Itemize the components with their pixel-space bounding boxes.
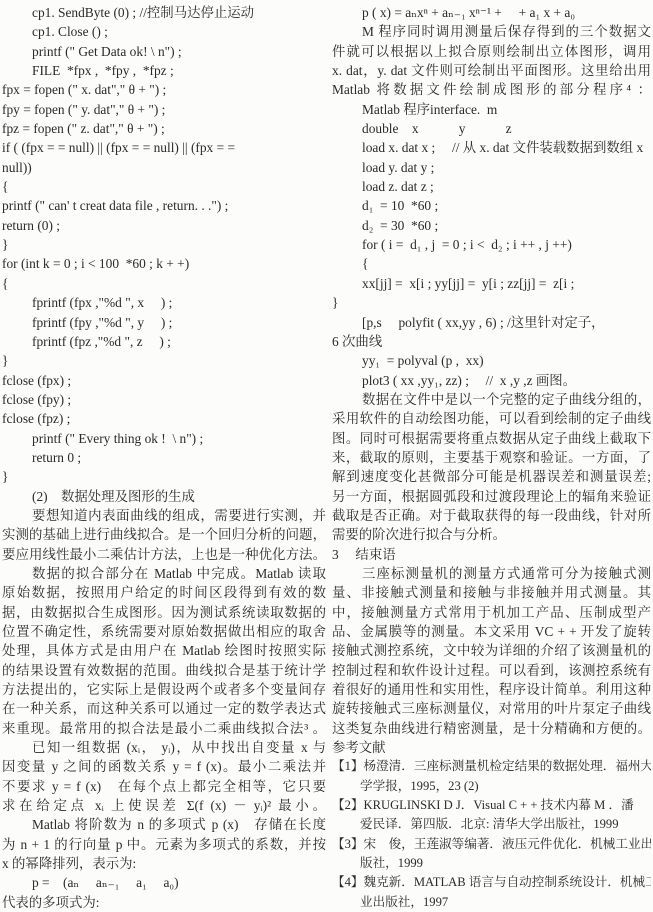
text-line: null)): [2, 158, 326, 177]
text-line: }: [2, 235, 326, 254]
text-line: 实测的基础上进行曲线拟合。是一个回归分析的问题，: [2, 525, 326, 544]
text-line: 件就可以根据以上拟合原则绘制出立体图形，调用: [332, 42, 651, 61]
text-line: 【2】KRUGLINSKI D J．Visual C + + 技术内幕 M ．潘: [332, 796, 651, 815]
text-line: 参考文献: [332, 738, 651, 757]
text-line: 在一种关系，而这种关系可以通过一定的数学表达式: [2, 699, 326, 718]
text-line: 6 次曲线: [332, 332, 651, 351]
text-line: 要想知道内表面曲线的组成，需要进行实测，并在: [2, 506, 326, 525]
text-line: 因变量 y 之间的函数关系 y = f (x)。最小二乘法并: [2, 757, 326, 776]
text-line: x 的幂降排列，表示为:: [2, 854, 326, 873]
text-line: printf (" Get Data ok! \ n") ;: [2, 42, 326, 61]
text-line: printf (" Every thing ok ! \ n") ;: [2, 429, 326, 448]
text-line: 量、非接触式测量和接触与非接触并用式测量。其: [332, 583, 651, 602]
text-line: }: [2, 351, 326, 370]
text-line: 据，由数据拟合生成图形。因为测试系统读取数据的: [2, 603, 326, 622]
text-line: 3 结束语: [332, 545, 651, 564]
text-line: {: [2, 177, 326, 196]
text-line: 采用软件的自动绘图功能，可以看到绘制的定子曲线: [332, 409, 651, 428]
text-line: 已知一组数据 (xᵢ， yᵢ)，从中找出自变量 x 与: [2, 738, 326, 757]
text-line: 处理，具体方式是由用户在 Matlab 绘图时按照实际: [2, 641, 326, 660]
text-line: [p,s polyfit ( xx,yy , 6) ; /这里针对定子，: [332, 313, 651, 332]
text-line: fpy = fopen (" y. dat"," θ + ") ;: [2, 100, 326, 119]
text-line: xx[jj] = x[i ; yy[jj] = y[i ; zz[jj] = z…: [332, 274, 651, 293]
text-line: {: [2, 274, 326, 293]
text-line: 【1】杨澄清．三座标测量机检定结果的数据处理．福州大: [332, 757, 651, 776]
text-line: fprintf (fpx ,"%d ", x ) ;: [2, 293, 326, 312]
text-line: fclose (fpz) ;: [2, 409, 326, 428]
text-line: 方法提出的，它实际上是假设两个或者多个变量间存: [2, 680, 326, 699]
text-line: 控制过程和软件设计过程。可以看到，该测控系统有: [332, 661, 651, 680]
right-column: p ( x) = aₙxⁿ + aₙ₋₁ xⁿ⁻¹ + + a₁ x + a₀M…: [332, 3, 651, 912]
text-line: 图。同时可根据需要将重点数据从定子曲线上截取下: [332, 429, 651, 448]
text-line: double x y z: [332, 119, 651, 138]
text-line: p ( x) = aₙxⁿ + aₙ₋₁ xⁿ⁻¹ + + a₁ x + a₀: [332, 3, 651, 22]
text-line: load y. dat y ;: [332, 158, 651, 177]
text-line: 解到速度变化甚微部分可能是机器误差和测量误差;: [332, 467, 651, 486]
text-line: for ( i = d₁ , j = 0 ; i < d₂ ; i ++ , j…: [332, 235, 651, 254]
text-line: 爱民译．第四版．北京: 清华大学出版社，1999: [332, 815, 651, 834]
text-line: fclose (fpy) ;: [2, 390, 326, 409]
text-line: 学学报，1995，23 (2): [332, 777, 651, 796]
text-line: 中，接触测量方式常用于机加工产品、压制成型产: [332, 603, 651, 622]
text-line: 数据的拟合部分在 Matlab 中完成。Matlab 读取: [2, 564, 326, 583]
text-line: 截取是否正确。对于截取获得的每一段曲线，针对所: [332, 506, 651, 525]
text-line: }: [2, 467, 326, 486]
text-line: fpx = fopen (" x. dat"," θ + ") ;: [2, 80, 326, 99]
text-line: fclose (fpx) ;: [2, 371, 326, 390]
paper-page: cp1. SendByte (0) ; //控制马达停止运动cp1. Close…: [0, 0, 653, 912]
text-line: 业出版社，1997: [332, 893, 651, 912]
text-line: 原始数据，按照用户给定的时间区段得到有效的数: [2, 583, 326, 602]
text-line: 需要的阶次进行拟合与分析。: [332, 525, 651, 544]
text-line: (2) 数据处理及图形的生成: [2, 487, 326, 506]
text-line: {: [332, 254, 651, 273]
text-line: load x. dat x ; // 从 x. dat 文件装载数据到数组 x: [332, 138, 651, 157]
text-line: return (0) ;: [2, 216, 326, 235]
text-line: 来，截取的原则，主要基于观察和验证。一方面，了: [332, 448, 651, 467]
text-line: 【4】魏克新．MATLAB 语言与自动控制系统设计．机械工: [332, 873, 651, 892]
text-line: 三座标测量机的测量方式通常可分为接触式测: [332, 564, 651, 583]
text-line: 着很好的通用性和实用性，程序设计简单。利用这种: [332, 680, 651, 699]
text-line: 品、金属膜等的测量。本文采用 VC + + 开发了旋转: [332, 622, 651, 641]
text-line: 代表的多项式为:: [2, 893, 326, 912]
text-line: d₂ = 30 *60 ;: [332, 216, 651, 235]
text-line: 数据在文件中是以一个完整的定子曲线分组的，: [332, 390, 651, 409]
text-line: return 0 ;: [2, 448, 326, 467]
text-line: d₁ = 10 *60 ;: [332, 196, 651, 215]
text-line: 接触式测控系统，文中较为详细的介绍了该测量机的: [332, 641, 651, 660]
text-line: 这类复杂曲线进行精密测量，是十分精确和方便的。: [332, 719, 651, 738]
text-line: 求在给定点 xᵢ 上使误差 Σ(f (x) － yᵢ)² 最小。: [2, 796, 326, 815]
text-line: fpz = fopen (" z. dat"," θ + ") ;: [2, 119, 326, 138]
text-line: 要应用线性最小二乘估计方法，上也是一种优化方法。: [2, 545, 326, 564]
text-line: yy₁ = polyval (p , xx): [332, 351, 651, 370]
text-line: Matlab 将数据文件绘制成图形的部分程序⁴ ：: [332, 80, 651, 99]
text-line: plot3 ( xx ,yy₁, zz) ; // x ,y ,z 画图。: [332, 371, 651, 390]
text-line: cp1. SendByte (0) ; //控制马达停止运动: [2, 3, 326, 22]
left-column: cp1. SendByte (0) ; //控制马达停止运动cp1. Close…: [2, 3, 326, 912]
text-line: 不要求 y = f (x) 在每个点上都完全相等，它只要: [2, 777, 326, 796]
text-line: FILE *fpx , *fpy , *fpz ;: [2, 61, 326, 80]
text-line: 位置不确定性，系统需要对原始数据做出相应的取舍: [2, 622, 326, 641]
text-line: Matlab 将阶数为 n 的多项式 p (x) 存储在长度: [2, 815, 326, 834]
text-line: 来重现。最常用的拟合法是最小二乘曲线拟合法³ 。: [2, 719, 326, 738]
text-line: 为 n + 1 的行向量 p 中。元素为多项式的系数，并按: [2, 835, 326, 854]
text-line: Matlab 程序interface. m: [332, 100, 651, 119]
text-line: printf (" can' t creat data file , retur…: [2, 196, 326, 215]
text-line: cp1. Close () ;: [2, 22, 326, 41]
text-line: fprintf (fpy ,"%d ", y ) ;: [2, 313, 326, 332]
text-line: x. dat，y. dat 文件则可绘制出平面图形。这里给出用: [332, 61, 651, 80]
text-line: 旋转接触式三座标测量仪，对常用的叶片泵定子曲线: [332, 699, 651, 718]
text-line: p = (aₙ aₙ₋₁ a₁ a₀): [2, 873, 326, 892]
text-line: 【3】宋 俊，王莲淑等编著．液压元件优化．机械工业出: [332, 835, 651, 854]
text-line: M 程序同时调用测量后保存得到的三个数据文: [332, 22, 651, 41]
text-line: if ( (fpx = = null) || (fpx = = null) ||…: [2, 138, 326, 157]
text-line: 版社，1999: [332, 854, 651, 873]
text-line: for (int k = 0 ; i < 100 *60 ; k + +): [2, 254, 326, 273]
text-line: load z. dat z ;: [332, 177, 651, 196]
text-line: }: [332, 293, 651, 312]
text-line: fprintf (fpz ,"%d ", z ) ;: [2, 332, 326, 351]
text-line: 另一方面，根据圆弧段和过渡段理论上的辐角来验证: [332, 487, 651, 506]
text-line: 的结果设置有效数据的范围。曲线拟合是基于统计学: [2, 661, 326, 680]
